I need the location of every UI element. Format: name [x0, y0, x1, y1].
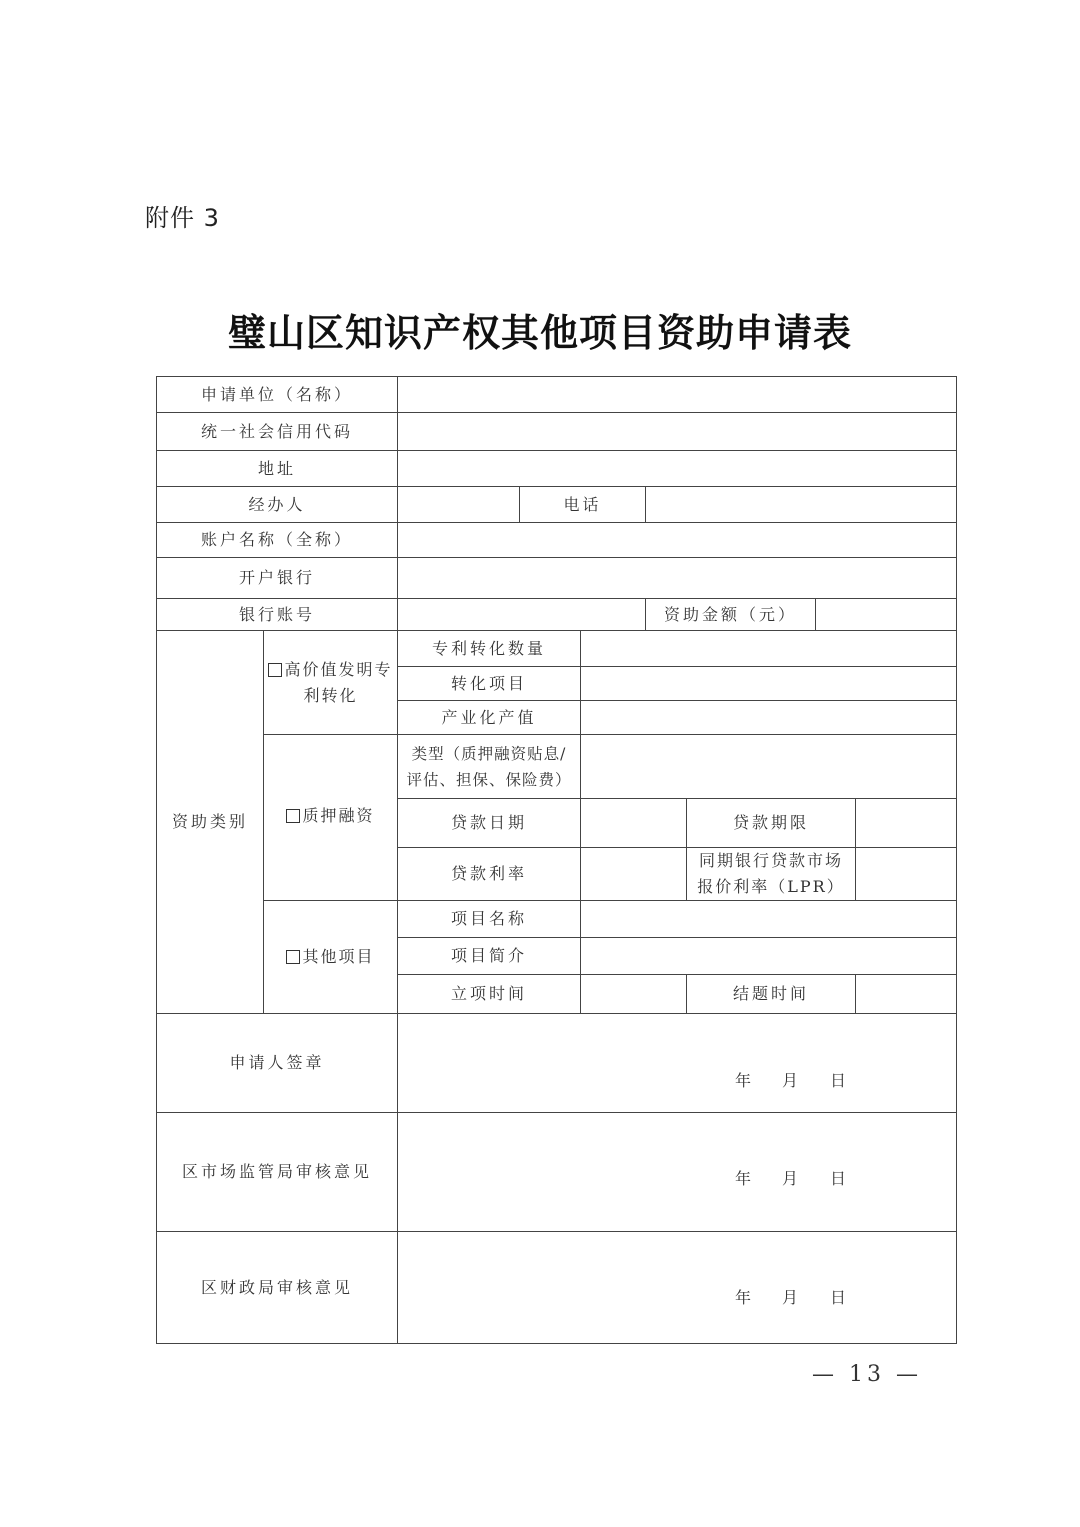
- patent-count-field[interactable]: [580, 630, 957, 667]
- loan-date-label: 贷款日期: [397, 798, 581, 848]
- loan-term-label: 贷款期限: [686, 798, 856, 848]
- market-review-field[interactable]: [397, 1112, 957, 1232]
- loan-rate-label: 贷款利率: [397, 847, 581, 901]
- industrial-output-label: 产业化产值: [397, 700, 581, 735]
- patent-transfer-checkbox[interactable]: [268, 663, 282, 677]
- loan-date-field[interactable]: [580, 798, 687, 848]
- market-date-year: 年: [735, 1166, 751, 1189]
- finance-date-month: 月: [782, 1285, 798, 1308]
- lpr-label: 同期银行贷款市场 报价利率（LPR）: [686, 847, 856, 901]
- project-name-field[interactable]: [580, 900, 957, 938]
- credit-code-label: 统一社会信用代码: [156, 412, 398, 451]
- phone-field[interactable]: [645, 486, 957, 523]
- address-field[interactable]: [397, 450, 957, 487]
- start-time-label: 立项时间: [397, 974, 581, 1014]
- seal-date-year: 年: [735, 1068, 751, 1091]
- market-review-label: 区市场监管局审核意见: [156, 1112, 398, 1232]
- end-time-field[interactable]: [855, 974, 957, 1014]
- patent-transfer-option[interactable]: 高价值发明专 利转化: [263, 630, 398, 735]
- applicant-unit-field[interactable]: [397, 376, 957, 413]
- pledge-financing-checkbox[interactable]: [286, 809, 300, 823]
- handler-label: 经办人: [156, 486, 398, 523]
- industrial-output-field[interactable]: [580, 700, 957, 735]
- account-number-label: 银行账号: [156, 598, 398, 631]
- project-summary-field[interactable]: [580, 937, 957, 975]
- transfer-project-field[interactable]: [580, 666, 957, 701]
- phone-label: 电话: [519, 486, 646, 523]
- pledge-financing-option[interactable]: 质押融资: [263, 734, 398, 901]
- account-name-field[interactable]: [397, 522, 957, 558]
- credit-code-field[interactable]: [397, 412, 957, 451]
- applicant-seal-label: 申请人签章: [156, 1013, 398, 1113]
- finance-date-day: 日: [830, 1285, 846, 1308]
- finance-review-label: 区财政局审核意见: [156, 1231, 398, 1344]
- application-form: 申请单位（名称） 统一社会信用代码 地址 经办人 电话 账户名称（全称） 开户银…: [0, 0, 1080, 1527]
- market-date-day: 日: [830, 1166, 846, 1189]
- bank-label: 开户银行: [156, 557, 398, 599]
- finance-date-year: 年: [735, 1285, 751, 1308]
- seal-date-day: 日: [830, 1068, 846, 1091]
- patent-count-label: 专利转化数量: [397, 630, 581, 667]
- applicant-seal-field[interactable]: [397, 1013, 957, 1113]
- address-label: 地址: [156, 450, 398, 487]
- market-date-month: 月: [782, 1166, 798, 1189]
- loan-term-field[interactable]: [855, 798, 957, 848]
- seal-date-month: 月: [782, 1068, 798, 1091]
- finance-review-field[interactable]: [397, 1231, 957, 1344]
- other-project-option[interactable]: 其他项目: [263, 900, 398, 1014]
- end-time-label: 结题时间: [686, 974, 856, 1014]
- loan-rate-field[interactable]: [580, 847, 687, 901]
- pledge-type-label: 类型（质押融资贴息/ 评估、担保、保险费）: [397, 734, 581, 799]
- account-name-label: 账户名称（全称）: [156, 522, 398, 558]
- transfer-project-label: 转化项目: [397, 666, 581, 701]
- applicant-unit-label: 申请单位（名称）: [156, 376, 398, 413]
- category-label: 资助类别: [156, 630, 264, 1014]
- project-summary-label: 项目简介: [397, 937, 581, 975]
- funding-amount-label: 资助金额（元）: [645, 598, 816, 631]
- pledge-type-field[interactable]: [580, 734, 957, 799]
- project-name-label: 项目名称: [397, 900, 581, 938]
- other-project-checkbox[interactable]: [286, 950, 300, 964]
- funding-amount-field[interactable]: [815, 598, 957, 631]
- lpr-field[interactable]: [855, 847, 957, 901]
- handler-field[interactable]: [397, 486, 520, 523]
- start-time-field[interactable]: [580, 974, 687, 1014]
- page-number: — 13 —: [812, 1362, 922, 1387]
- bank-field[interactable]: [397, 557, 957, 599]
- account-number-field[interactable]: [397, 598, 646, 631]
